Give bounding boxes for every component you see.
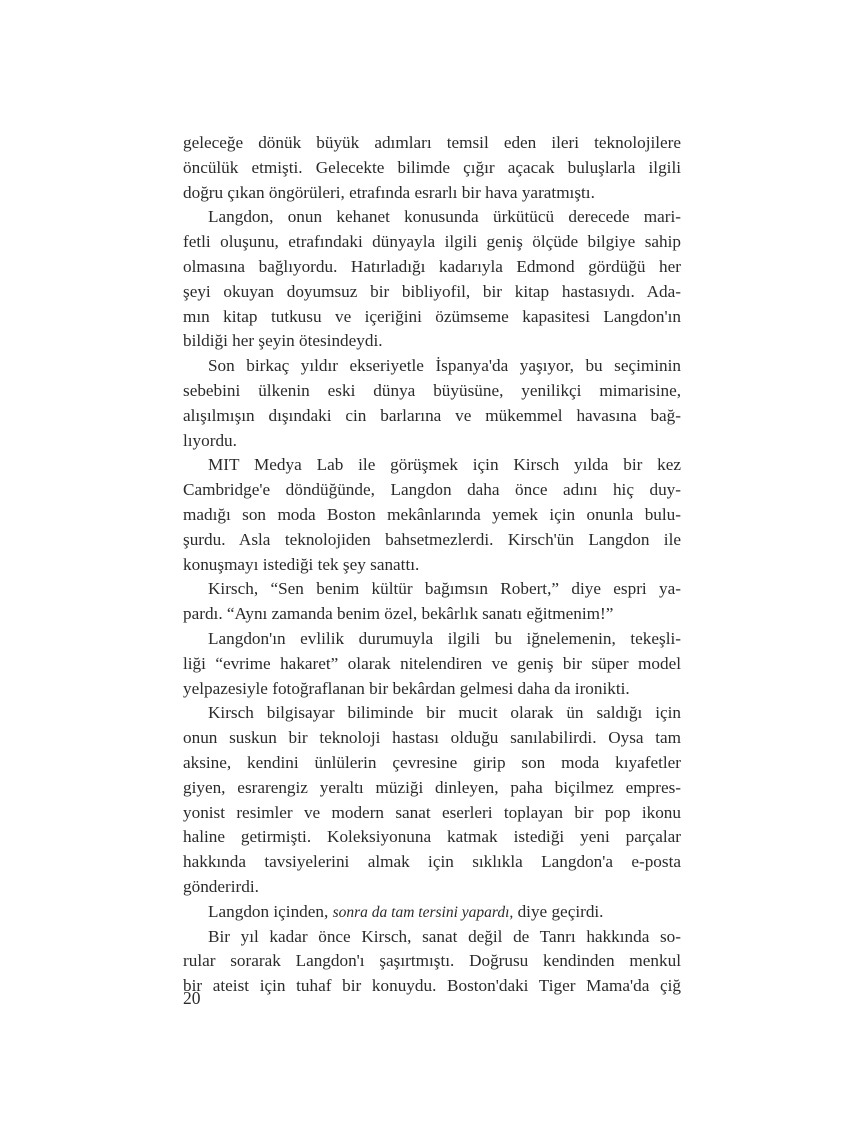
paragraph: Kirsch bilgisayar biliminde bir mucit ol… [183, 701, 681, 899]
text-line: Son birkaç yıldır ekseriyetle İspanya'da… [183, 354, 681, 379]
text-line: doğru çıkan öngörüleri, etrafında esrarl… [183, 181, 681, 206]
text-line: onun suskun bir teknoloji hastası olduğu… [183, 726, 681, 751]
page-number: 20 [183, 988, 201, 1009]
text-line: geleceğe dönük büyük adımları temsil ede… [183, 131, 681, 156]
paragraph: Son birkaç yıldır ekseriyetle İspanya'da… [183, 354, 681, 453]
text-line: Kirsch, “Sen benim kültür bağımsın Rober… [183, 577, 681, 602]
text-line: madığı son moda Boston mekânlarında yeme… [183, 503, 681, 528]
text-line: haline getirmişti. Koleksiyonuna katmak … [183, 825, 681, 850]
italic-text-segment: sonra da tam tersini yapardı, [333, 904, 514, 921]
text-line: giyen, esrarengiz yeraltı müziği dinleye… [183, 776, 681, 801]
text-line: Langdon'ın evlilik durumuyla ilgili bu i… [183, 627, 681, 652]
text-line: aksine, kendini ünlülerin çevresine giri… [183, 751, 681, 776]
text-line: lıyordu. [183, 429, 681, 454]
paragraph: Langdon içinden, sonra da tam tersini ya… [183, 900, 681, 925]
text-line: fetli oluşunu, etrafındaki dünyayla ilgi… [183, 230, 681, 255]
paragraph: Kirsch, “Sen benim kültür bağımsın Rober… [183, 577, 681, 627]
text-line: yelpazesiyle fotoğraflanan bir bekârdan … [183, 677, 681, 702]
paragraph: Langdon, onun kehanet konusunda ürkütücü… [183, 205, 681, 354]
text-line: şurdu. Asla teknolojiden bahsetmezlerdi.… [183, 528, 681, 553]
text-line: olmasına bağlıyordu. Hatırladığı kadarıy… [183, 255, 681, 280]
text-line: yonist resimler ve modern sanat eserleri… [183, 801, 681, 826]
paragraph: Bir yıl kadar önce Kirsch, sanat değil d… [183, 925, 681, 999]
text-segment: diye geçirdi. [513, 902, 603, 921]
text-line: Kirsch bilgisayar biliminde bir mucit ol… [183, 701, 681, 726]
text-line: mın kitap tutkusu ve içeriğini özümseme … [183, 305, 681, 330]
text-line: sebebini ülkenin eski dünya büyüsüne, ye… [183, 379, 681, 404]
text-line: liği “evrime hakaret” olarak nitelendire… [183, 652, 681, 677]
text-line: öncülük etmişti. Gelecekte bilimde çığır… [183, 156, 681, 181]
text-line: alışılmışın dışındaki cin barlarına ve m… [183, 404, 681, 429]
text-line: rular sorarak Langdon'ı şaşırtmıştı. Doğ… [183, 949, 681, 974]
text-line: gönderirdi. [183, 875, 681, 900]
paragraph: geleceğe dönük büyük adımları temsil ede… [183, 131, 681, 205]
text-line: hakkında tavsiyelerini almak için sıklık… [183, 850, 681, 875]
paragraph: Langdon'ın evlilik durumuyla ilgili bu i… [183, 627, 681, 701]
body-text: geleceğe dönük büyük adımları temsil ede… [183, 131, 681, 999]
text-line: MIT Medya Lab ile görüşmek için Kirsch y… [183, 453, 681, 478]
text-line: bildiği her şeyin ötesindeydi. [183, 329, 681, 354]
text-line: konuşmayı istediği tek şey sanattı. [183, 553, 681, 578]
text-line: Langdon içinden, sonra da tam tersini ya… [183, 900, 681, 925]
text-segment: Langdon içinden, [208, 902, 333, 921]
text-line: bir ateist için tuhaf bir konuydu. Bosto… [183, 974, 681, 999]
text-line: şeyi okuyan doyumsuz bir bibliyofil, bir… [183, 280, 681, 305]
text-line: Bir yıl kadar önce Kirsch, sanat değil d… [183, 925, 681, 950]
text-line: Langdon, onun kehanet konusunda ürkütücü… [183, 205, 681, 230]
book-page: geleceğe dönük büyük adımları temsil ede… [0, 0, 868, 1139]
text-line: Cambridge'e döndüğünde, Langdon daha önc… [183, 478, 681, 503]
paragraph: MIT Medya Lab ile görüşmek için Kirsch y… [183, 453, 681, 577]
text-line: pardı. “Aynı zamanda benim özel, bekârlı… [183, 602, 681, 627]
